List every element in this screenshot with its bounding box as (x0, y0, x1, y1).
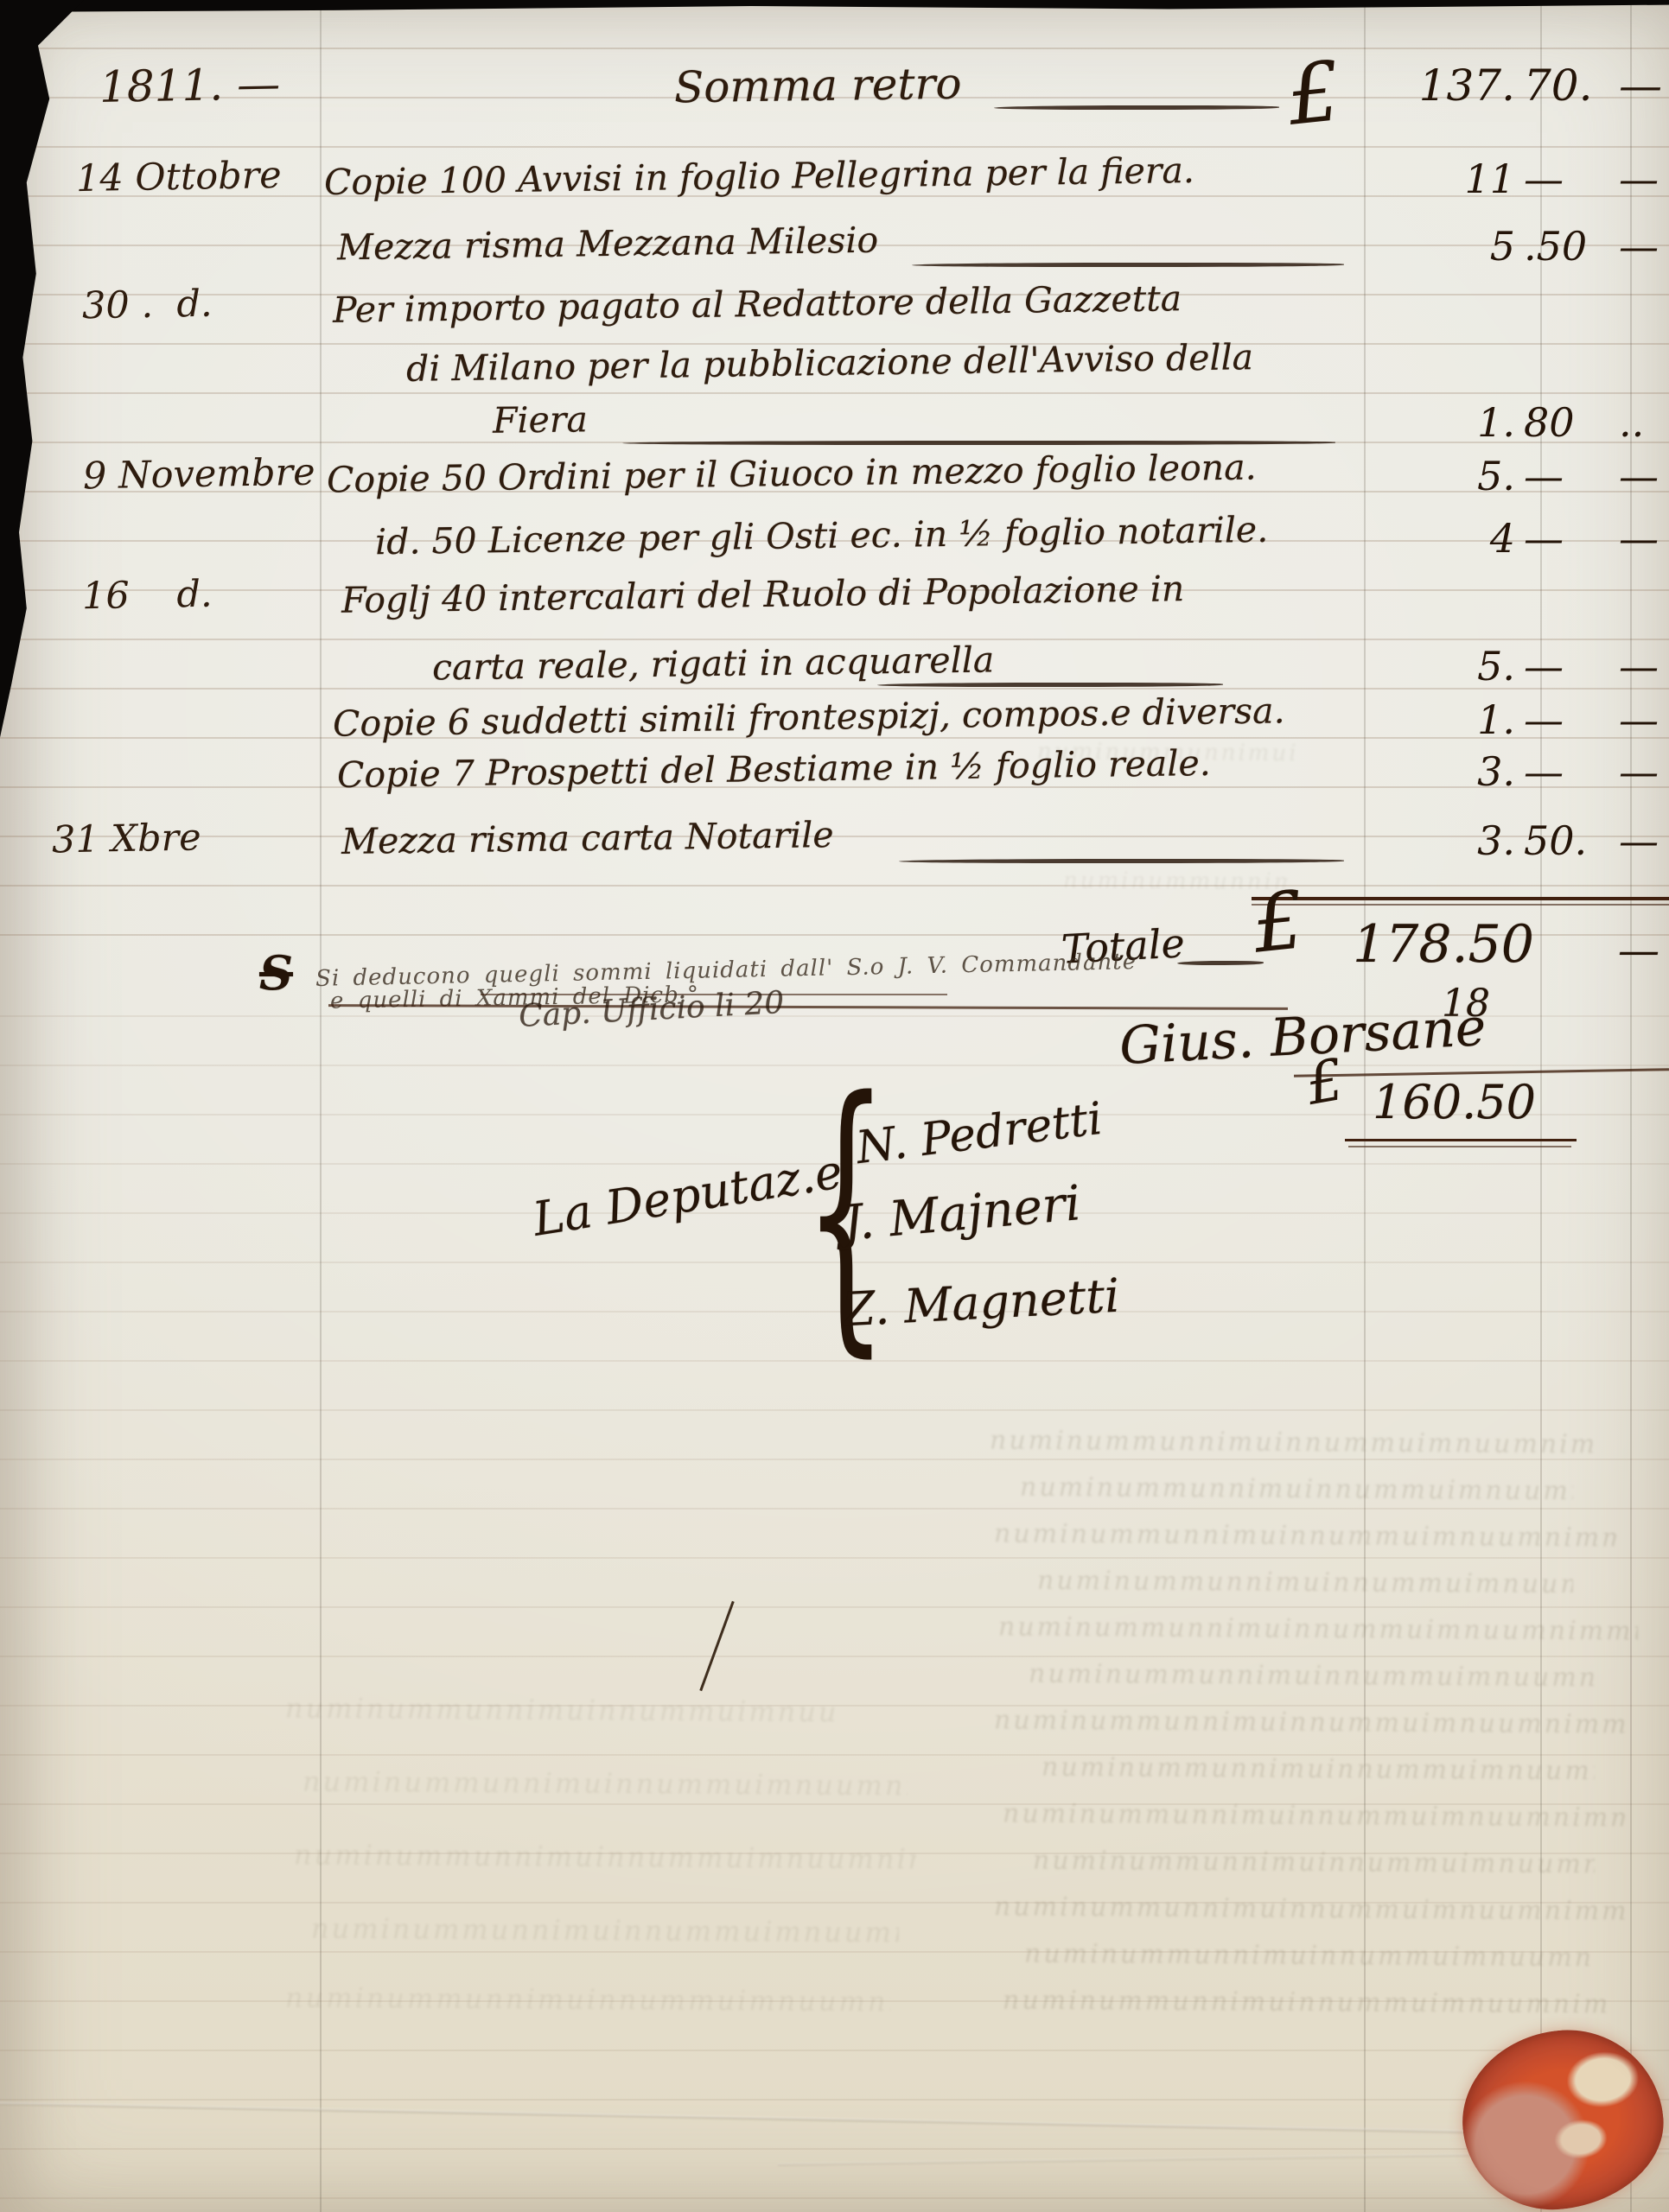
torn-top-edge (0, 0, 1669, 12)
amount: 3. — — (1370, 748, 1667, 795)
ledger-text: Mezza risma Mezzana Milesio (337, 219, 879, 269)
bleed-through-line: numinummunnimuinnummuimnuumnimmuunniumnu… (1042, 1752, 1595, 1786)
ledger-text: Mezza risma carta Notarile (341, 814, 834, 862)
bleed-through-line: numinummunnimuinnummuimnuumnimmuunniumnu… (294, 1838, 916, 1875)
amount: 5 .50 — (1370, 223, 1667, 270)
bleed-through-line: numinummunnimuinnummuimnuumnimmuunniumnu… (1024, 1939, 1595, 1974)
amount-dash: — (1619, 453, 1667, 499)
amount-centesimi: — (1515, 515, 1619, 562)
amount: 5. — — (1370, 453, 1667, 499)
ledger-text: Copie 100 Avvisi in foglio Pellegrina pe… (324, 149, 1195, 203)
total-double-rule-upper (1252, 897, 1669, 900)
amount: 1. 80 .. (1370, 399, 1667, 446)
ledger-text: Copie 7 Prospetti del Bestiame in ½ fogl… (337, 742, 1211, 796)
amount-centesimi: — (1515, 643, 1619, 690)
ledger-text: id. 50 Licenze per gli Osti ec. in ½ fog… (375, 509, 1269, 563)
amount-lire: 5. (1370, 453, 1515, 499)
amount-centesimi: — (1515, 453, 1619, 499)
amount-lire: 5 (1370, 223, 1515, 270)
amount: 11 — — (1370, 156, 1667, 202)
amount: 137. 70. — (1370, 60, 1667, 111)
amount-dash: — (1619, 748, 1667, 795)
ledger-date: 30 . d. (82, 283, 213, 328)
amount-lire: 3. (1370, 748, 1515, 795)
ledger-row: 9 Novembre Copie 50 Ordini per il Giuoco… (0, 453, 1669, 515)
bleed-through-line: numinummunnimuinnummuimnuumnimmuunniumnu… (1003, 1798, 1625, 1833)
ledger-text: Copie 50 Ordini per il Giuoco in mezzo f… (327, 446, 1257, 500)
stray-ink-mark (699, 1601, 734, 1691)
ledger-row: id. 50 Licenze per gli Osti ec. in ½ fog… (0, 515, 1669, 577)
underline-flourish (912, 263, 1344, 267)
amount-dash: — (1619, 223, 1667, 270)
amount-centesimi: — (1515, 748, 1619, 795)
ledger-text: di Milano per la pubblicazione dell'Avvi… (406, 336, 1254, 390)
amount-dash: — (1619, 156, 1667, 202)
amount-dash: — (1619, 515, 1667, 562)
underline-flourish (622, 441, 1335, 445)
ledger-date: 31 Xbre (52, 816, 201, 861)
bleed-through-line: numinummunnimuinnummuimnuumnimmuunniumnu… (303, 1765, 908, 1802)
bleed-through-line: numinummunnimuinnummuimnuumnimmuunniumnu… (994, 1705, 1625, 1739)
ledger-text: Fiera (493, 398, 589, 442)
bleed-through-line: numinummunnimuinnummuimnuumnimmuunniumnu… (1029, 1659, 1599, 1694)
ledger-text: Copie 6 suddetti simili frontespizj, com… (333, 690, 1285, 744)
ledger-row: Mezza risma Mezzana Milesio 5 .50 — (0, 223, 1669, 285)
net-total-amount: 160.50 (1373, 1075, 1536, 1129)
amount-dash: — (1619, 696, 1667, 743)
lira-currency-symbol: £ (1249, 880, 1308, 965)
amount-dash: — (1619, 643, 1667, 690)
underline-flourish (877, 683, 1223, 687)
ledger-row: di Milano per la pubblicazione dell'Avvi… (0, 342, 1669, 404)
bleed-through-line: numinummunnimuinnummuimnuumnimmuunniumnu… (1020, 1472, 1573, 1506)
amount-dash: .. (1619, 399, 1667, 446)
ledger-text: carta reale, rigati in acquarella (432, 639, 995, 688)
bleed-through-line: numinummunnimuinnummuimnuumnimmuunniumnu… (994, 1891, 1625, 1926)
amount-centesimi: 50. (1515, 817, 1619, 864)
total-double-rule-lower (1252, 904, 1669, 906)
bleed-through-line: numinummunnimuinnummuimnuumnimmuunniumnu… (285, 1981, 890, 2018)
ledger-date: 16 d. (82, 573, 213, 619)
net-total-underline-lower (1348, 1146, 1571, 1147)
lira-currency-symbol: £ (1284, 51, 1344, 138)
carry-forward-label: Somma retro (674, 59, 962, 113)
amount-lire: 5. (1370, 643, 1515, 690)
bleed-through-line: numinummunnimuinnummuimnuumnimmuunniumnu… (1003, 1986, 1608, 2020)
amount-centesimi: .50 (1515, 223, 1619, 270)
amount-centesimi: — (1515, 696, 1619, 743)
wax-seal (1454, 2020, 1669, 2212)
underline-flourish (899, 859, 1344, 863)
bleed-through-line: numinummunnimuinnummuimnuumnimmuunniumnu… (285, 1692, 838, 1728)
amount-lire: 137. (1370, 60, 1515, 111)
annotation-paraph-mark: S (259, 945, 293, 1001)
ledger-date: 14 Ottobre (76, 154, 282, 200)
paper-crease (0, 2102, 1669, 2138)
underline-flourish (994, 105, 1279, 110)
ledger-date: 9 Novembre (83, 451, 315, 499)
deputation-label: La Deputaz.e (529, 1144, 846, 1247)
amount-lire: 11 (1370, 156, 1515, 202)
bleed-through-line: numinummunnimuinnummuimnuumnimmuunniumnu… (990, 1426, 1595, 1460)
amount: 3. 50. — (1370, 817, 1667, 864)
annotation-line-1: Si deducono quegli sommi liquidati dall'… (315, 949, 1137, 992)
total-amount: 178.50 (1353, 914, 1534, 975)
amount: 5. — — (1370, 643, 1667, 690)
amount-lire: 1. (1370, 696, 1515, 743)
amount-centesimi: 70. (1515, 60, 1619, 111)
ledger-row: 16 d. Foglj 40 intercalari del Ruolo di … (0, 574, 1669, 636)
bleed-through-line: numinummunnimuinnummuimnuumnimmuunniumnu… (998, 1611, 1638, 1646)
bleed-through-line: numinummunnimuinnummuimnuumnimmuunniumnu… (994, 1518, 1616, 1553)
bleed-through-line: numinummunnimuinnummuimnuumnimmuunniumnu… (311, 1912, 899, 1949)
amount-lire: 3. (1370, 817, 1515, 864)
ledger-text: Per importo pagato al Redattore della Ga… (333, 277, 1182, 331)
amount-lire: 4 (1370, 515, 1515, 562)
ledger-year: 1811. — (99, 59, 281, 112)
ledger-row: 31 Xbre Mezza risma carta Notarile 3. 50… (0, 817, 1669, 880)
signature-name: N. Pedretti (853, 1093, 1105, 1174)
total-dash-flourish (1177, 961, 1264, 965)
ledger-page: numinummunnimuinnummuimnuumnimmuunniumnu… (0, 0, 1669, 2212)
ledger-row-header: 1811. — Somma retro £ 137. 70. — (0, 60, 1669, 123)
ledger-row: 30 . d. Per importo pagato al Redattore … (0, 283, 1669, 346)
amount-lire: 1. (1370, 399, 1515, 446)
amount: 4 — — (1370, 515, 1667, 562)
amount: 1. — — (1370, 696, 1667, 743)
amount-dash: — (1619, 817, 1667, 864)
amount-centesimi: — (1515, 156, 1619, 202)
amount-dash: — (1619, 60, 1667, 111)
total-amount-dash: — (1618, 926, 1659, 975)
bleed-through-line: numinummunnimuinnummuimnuumnimmuunniumnu… (1037, 1566, 1573, 1599)
ledger-text: Foglj 40 intercalari del Ruolo di Popola… (341, 568, 1185, 621)
ledger-row: 14 Ottobre Copie 100 Avvisi in foglio Pe… (0, 156, 1669, 218)
amount-centesimi: 80 (1515, 399, 1619, 446)
net-total-underline-upper (1345, 1139, 1577, 1141)
bleed-through-line: numinummunnimuinnummuimnuumnimmuunniumnu… (1033, 1846, 1595, 1880)
ledger-row: Copie 7 Prospetti del Bestiame in ½ fogl… (0, 748, 1669, 810)
